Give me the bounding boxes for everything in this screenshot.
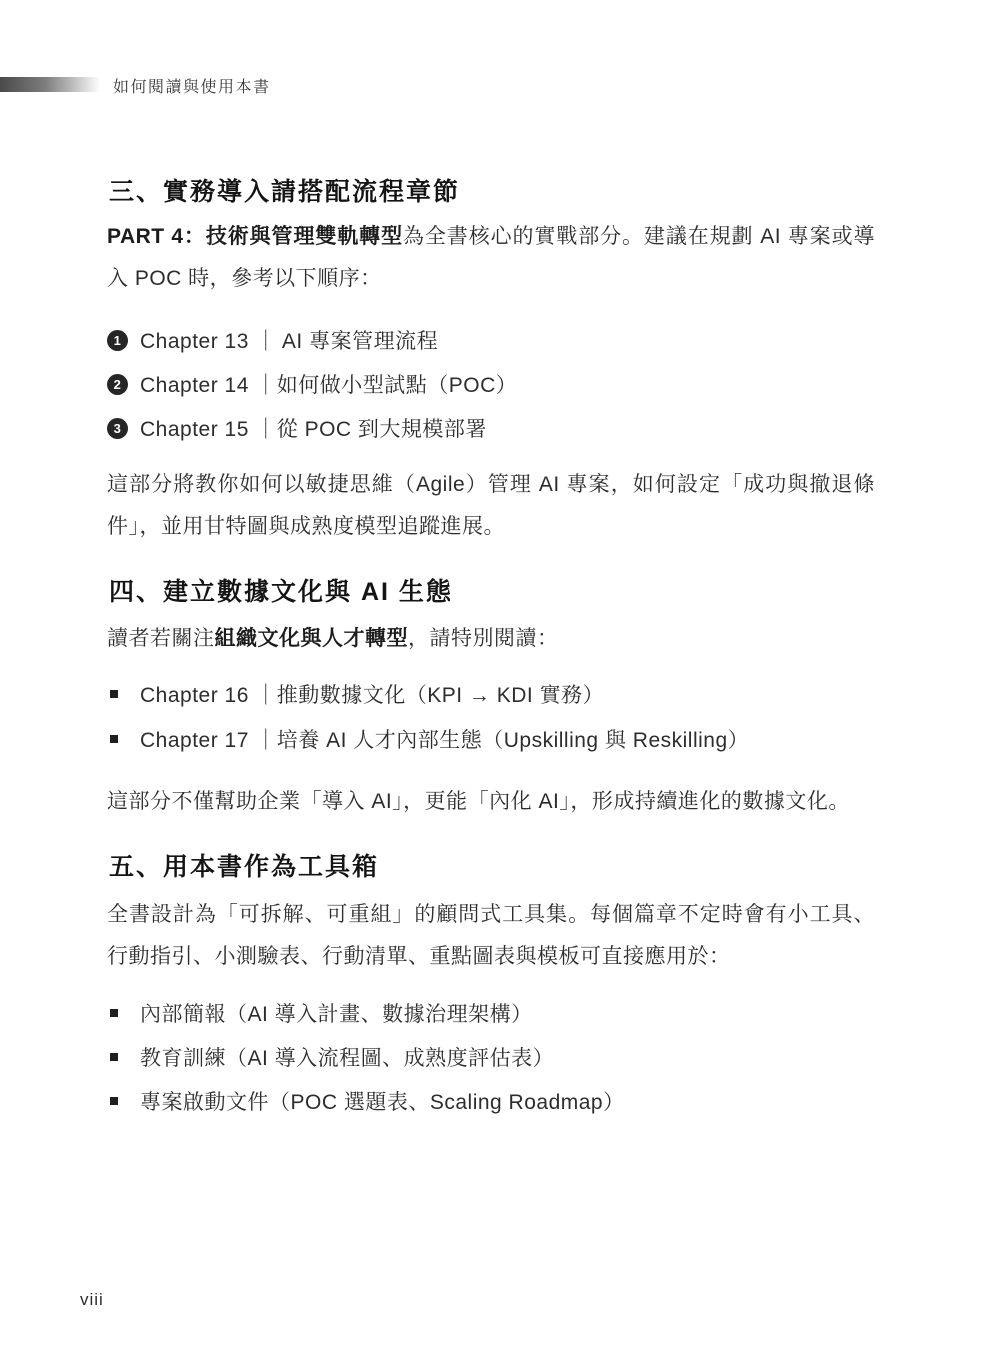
- list-item: 1 Chapter 13 ｜ AI 專案管理流程: [107, 326, 897, 354]
- list-item-label: 教育訓練（AI 導入流程圖、成熟度評估表）: [140, 1042, 554, 1072]
- section-heading-3: 三、實務導入請搭配流程章節: [109, 172, 460, 208]
- page-number: viii: [80, 1290, 104, 1310]
- numbered-bullet-3-icon: 3: [107, 418, 128, 439]
- section5-intro-paragraph: 全書設計為「可拆解、可重組」的顧問式工具集。每個篇章不定時會有小工具、行動指引、…: [107, 894, 875, 978]
- square-bullet-icon: [110, 1053, 118, 1061]
- list-item-label: Chapter 17 ｜培養 AI 人才內部生態（Upskilling 與 Re…: [140, 724, 749, 754]
- section4-intro-bold: 組織文化與人才轉型: [215, 627, 409, 650]
- list-item-label: Chapter 15 ｜從 POC 到大規模部署: [140, 413, 487, 443]
- list-item: Chapter 17 ｜培養 AI 人才內部生態（Upskilling 與 Re…: [107, 725, 897, 753]
- section3-intro-paragraph: PART 4：技術與管理雙軌轉型為全書核心的實戰部分。建議在規劃 AI 專案或導…: [107, 216, 875, 300]
- marker: [107, 735, 140, 743]
- list-item: 專案啟動文件（POC 選題表、Scaling Roadmap）: [107, 1087, 897, 1115]
- marker: [107, 1097, 140, 1105]
- list-item-label: Chapter 13 ｜ AI 專案管理流程: [140, 325, 438, 355]
- list-item: 教育訓練（AI 導入流程圖、成熟度評估表）: [107, 1043, 897, 1071]
- list-item-label: 內部簡報（AI 導入計畫、數據治理架構）: [140, 998, 533, 1028]
- list-item: Chapter 16 ｜推動數據文化（KPI → KDI 實務）: [107, 680, 897, 708]
- section5-bullet-list: 內部簡報（AI 導入計畫、數據治理架構） 教育訓練（AI 導入流程圖、成熟度評估…: [107, 999, 897, 1131]
- marker: 2: [107, 374, 140, 395]
- book-page: 如何閱讀與使用本書 三、實務導入請搭配流程章節 PART 4：技術與管理雙軌轉型…: [0, 0, 1000, 1353]
- section3-outro-paragraph: 這部分將教你如何以敏捷思維（Agile）管理 AI 專案，如何設定「成功與撤退條…: [107, 464, 875, 548]
- marker: [107, 1009, 140, 1017]
- marker: [107, 1053, 140, 1061]
- section3-numbered-list: 1 Chapter 13 ｜ AI 專案管理流程 2 Chapter 14 ｜如…: [107, 326, 897, 458]
- section4-bullet-list: Chapter 16 ｜推動數據文化（KPI → KDI 實務） Chapter…: [107, 680, 897, 769]
- section3-intro-bold: PART 4：技術與管理雙軌轉型: [107, 225, 403, 248]
- square-bullet-icon: [110, 735, 118, 743]
- numbered-bullet-1-icon: 1: [107, 330, 128, 351]
- section-heading-5: 五、用本書作為工具箱: [109, 847, 379, 883]
- list-item-label: Chapter 16 ｜推動數據文化（KPI → KDI 實務）: [140, 679, 604, 709]
- numbered-bullet-2-icon: 2: [107, 374, 128, 395]
- marker: [107, 690, 140, 698]
- square-bullet-icon: [110, 1009, 118, 1017]
- list-item: 2 Chapter 14 ｜如何做小型試點（POC）: [107, 370, 897, 398]
- list-item-label: 專案啟動文件（POC 選題表、Scaling Roadmap）: [140, 1086, 625, 1116]
- square-bullet-icon: [110, 690, 118, 698]
- section4-outro-paragraph: 這部分不僅幫助企業「導入 AI」，更能「內化 AI」，形成持續進化的數據文化。: [107, 781, 875, 823]
- marker: 3: [107, 418, 140, 439]
- section4-intro-post: ，請特別閱讀：: [408, 627, 559, 650]
- square-bullet-icon: [110, 1097, 118, 1105]
- running-head: 如何閱讀與使用本書: [113, 74, 271, 97]
- header-gradient-bar: [0, 77, 100, 92]
- section-heading-4: 四、建立數據文化與 AI 生態: [109, 572, 453, 608]
- marker: 1: [107, 330, 140, 351]
- list-item: 3 Chapter 15 ｜從 POC 到大規模部署: [107, 414, 897, 442]
- list-item: 內部簡報（AI 導入計畫、數據治理架構）: [107, 999, 897, 1027]
- list-item-label: Chapter 14 ｜如何做小型試點（POC）: [140, 369, 517, 399]
- section4-intro-paragraph: 讀者若關注組織文化與人才轉型，請特別閱讀：: [107, 618, 875, 660]
- section4-intro-pre: 讀者若關注: [107, 627, 215, 650]
